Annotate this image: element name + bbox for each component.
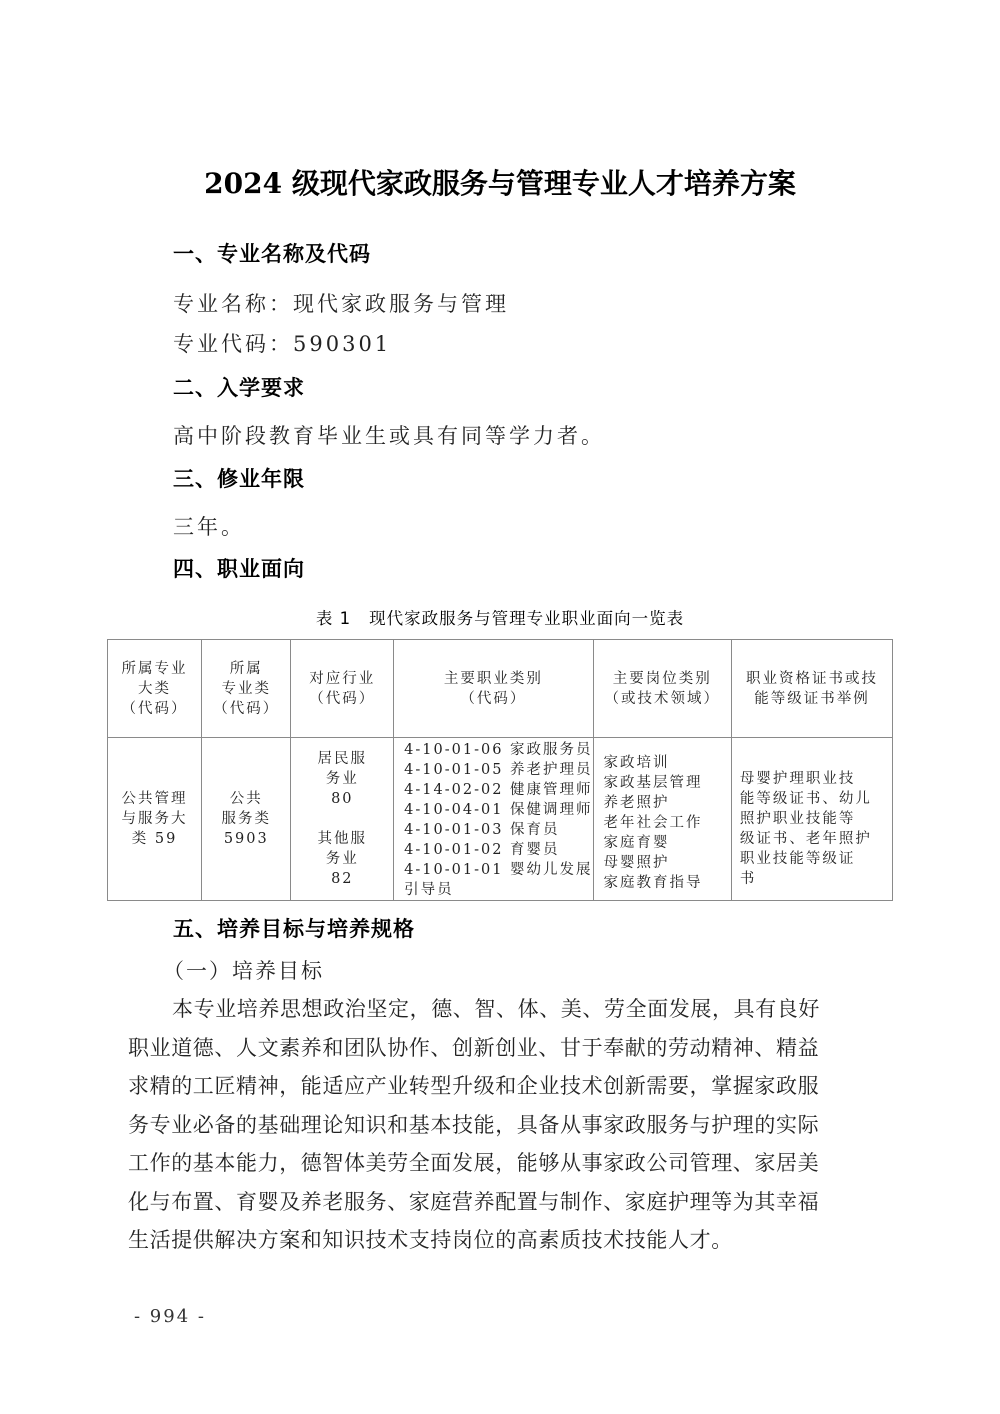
position-item: 家庭教育指导 [604,873,731,893]
cell-major-category: 公共管理 与服务大 类 59 [108,738,202,901]
page-number: - 994 - [134,1306,206,1327]
duration-text: 三年。 [173,511,245,541]
table-caption-number: 表 1 [316,609,351,628]
header-major-subcategory: 所属 专业类 （代码） [202,640,291,738]
cell-certificates: 母婴护理职业技 能等级证书、幼儿 照护职业技能等 级证书、老年照护 职业技能等级… [731,738,892,901]
occupation-item: 引导员 [404,880,592,900]
occupation-item: 4-10-04-01 保健调理师 [404,800,592,820]
occupation-item: 4-10-01-01 婴幼儿发展 [404,860,592,880]
table-caption: 表 1现代家政服务与管理专业职业面向一览表 [0,605,1000,629]
section-heading-occupation: 四、职业面向 [173,553,305,583]
position-item: 母婴照护 [604,853,731,873]
position-item: 家政培训 [604,753,731,773]
occupation-item: 4-14-02-02 健康管理师 [404,780,592,800]
header-major-category: 所属专业 大类 （代码） [108,640,202,738]
cell-occupations: 4-10-01-06 家政服务员 4-10-01-05 养老护理员 4-14-0… [394,738,593,901]
section-heading-major: 一、专业名称及代码 [173,238,371,268]
cell-major-subcategory: 公共 服务类 5903 [202,738,291,901]
section-heading-objectives: 五、培养目标与培养规格 [173,913,415,943]
position-item: 家庭育婴 [604,833,731,853]
header-position-category: 主要岗位类别 （或技术领域） [593,640,731,738]
document-title: 2024 级现代家政服务与管理专业人才培养方案 [0,162,1000,202]
header-certificates: 职业资格证书或技 能等级证书举例 [731,640,892,738]
major-code-line: 专业代码：590301 [173,328,391,358]
position-item: 家政基层管理 [604,773,731,793]
table-caption-text: 现代家政服务与管理专业职业面向一览表 [369,609,684,628]
header-occupation-category: 主要职业类别 （代码） [394,640,593,738]
section-heading-admission: 二、入学要求 [173,372,305,402]
subsection-heading-objective: （一）培养目标 [163,955,324,985]
table-header-row: 所属专业 大类 （代码） 所属 专业类 （代码） 对应行业 （代码） 主要职业类… [108,640,893,738]
occupation-item: 4-10-01-03 保育员 [404,820,592,840]
objective-paragraph: 本专业培养思想政治坚定，德、智、体、美、劳全面发展，具有良好 职业道德、人文素养… [128,990,874,1260]
occupation-table: 所属专业 大类 （代码） 所属 专业类 （代码） 对应行业 （代码） 主要职业类… [107,639,893,901]
major-name-line: 专业名称：现代家政服务与管理 [173,288,509,318]
header-industry: 对应行业 （代码） [291,640,394,738]
position-item: 养老照护 [604,793,731,813]
table-row: 公共管理 与服务大 类 59 公共 服务类 5903 居民服 务业 80 其他服… [108,738,893,901]
admission-text: 高中阶段教育毕业生或具有同等学力者。 [173,420,605,450]
occupation-item: 4-10-01-02 育婴员 [404,840,592,860]
position-item: 老年社会工作 [604,813,731,833]
occupation-item: 4-10-01-06 家政服务员 [404,740,592,760]
section-heading-duration: 三、修业年限 [173,463,305,493]
occupation-item: 4-10-01-05 养老护理员 [404,760,592,780]
cell-positions: 家政培训 家政基层管理 养老照护 老年社会工作 家庭育婴 母婴照护 家庭教育指导 [593,738,731,901]
cell-industry: 居民服 务业 80 其他服 务业 82 [291,738,394,901]
